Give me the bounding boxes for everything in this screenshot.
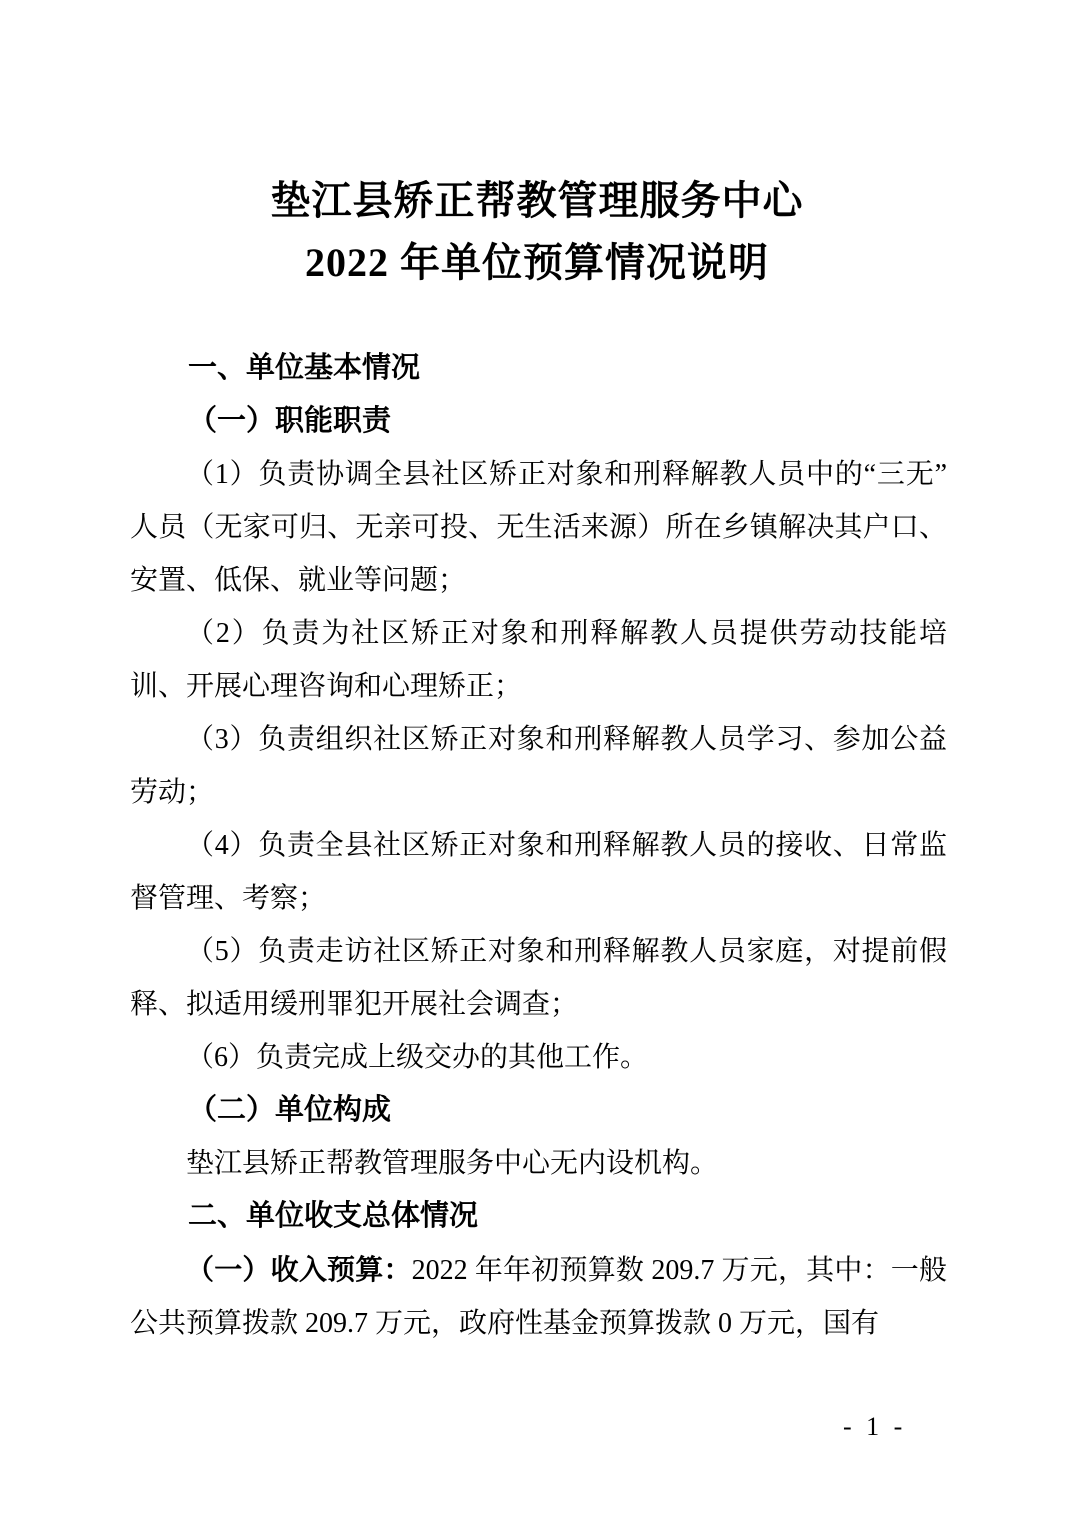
document-page: 垫江县矫正帮教管理服务中心 2022 年单位预算情况说明 一、单位基本情况 （一… [0,0,1074,1520]
document-body: 一、单位基本情况 （一）职能职责 （1）负责协调全县社区矫正对象和刑释解教人员中… [0,342,1074,1350]
document-title: 垫江县矫正帮教管理服务中心 2022 年单位预算情况说明 [0,0,1074,294]
heading-duties: （一）职能职责 [130,395,947,448]
paragraph-duty-1: （1）负责协调全县社区矫正对象和刑释解教人员中的“三无”人员（无家可归、无亲可投… [130,448,947,607]
paragraph-income-budget: （一）收入预算：2022 年年初预算数 209.7 万元，其中：一般公共预算拨款… [130,1243,947,1350]
paragraph-duty-4: （4）负责全县社区矫正对象和刑释解教人员的接收、日常监督管理、考察； [130,819,947,925]
heading-unit-composition: （二）单位构成 [130,1084,947,1137]
page-number: - 1 - [843,1412,906,1442]
heading-unit-basic-info: 一、单位基本情况 [130,342,947,395]
paragraph-duty-2: （2）负责为社区矫正对象和刑释解教人员提供劳动技能培训、开展心理咨询和心理矫正； [130,607,947,713]
paragraph-unit-composition: 垫江县矫正帮教管理服务中心无内设机构。 [130,1137,947,1190]
document-title-line-2: 2022 年单位预算情况说明 [0,232,1074,294]
paragraph-duty-3: （3）负责组织社区矫正对象和刑释解教人员学习、参加公益劳动； [130,713,947,819]
income-budget-label: （一）收入预算： [186,1254,412,1285]
heading-revenue-expenditure-overview: 二、单位收支总体情况 [130,1190,947,1243]
paragraph-duty-6: （6）负责完成上级交办的其他工作。 [130,1031,947,1084]
paragraph-duty-5: （5）负责走访社区矫正对象和刑释解教人员家庭，对提前假释、拟适用缓刑罪犯开展社会… [130,925,947,1031]
document-title-line-1: 垫江县矫正帮教管理服务中心 [0,170,1074,232]
